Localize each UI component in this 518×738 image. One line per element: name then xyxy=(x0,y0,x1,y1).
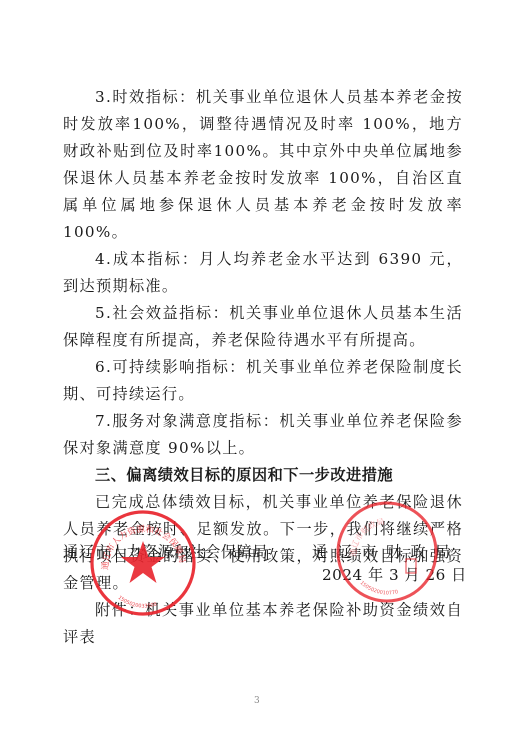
attachment-line: 附件：机关事业单位基本养老保险补助资金绩效自评表 xyxy=(63,597,463,651)
document-page: 3.时效指标：机关事业单位退休人员基本养老金按时发放率100%，调整待遇情况及时… xyxy=(0,0,518,738)
signature-date: 2024 年 3 月 26 日 xyxy=(322,564,467,585)
signature-left-org: 通辽市人力资源和社会保障局 xyxy=(63,541,268,562)
paragraph-social-benefit-indicator: 5.社会效益指标：机关事业单位退休人员基本生活保障程度有所提高，养老保险待遇水平… xyxy=(63,300,463,354)
signature-right-org: 通辽市财政局 xyxy=(312,541,460,562)
page-number: 3 xyxy=(254,696,260,706)
paragraph-sustainability-indicator: 6.可持续影响指标：机关事业单位养老保险制度长期、可持续运行。 xyxy=(63,354,463,408)
paragraph-satisfaction-indicator: 7.服务对象满意度指标：机关事业单位养老保险参保对象满意度 90%以上。 xyxy=(63,408,463,462)
section-heading: 三、偏离绩效目标的原因和下一步改进措施 xyxy=(63,462,463,489)
paragraph-timeliness-indicator: 3.时效指标：机关事业单位退休人员基本养老金按时发放率100%，调整待遇情况及时… xyxy=(63,84,463,246)
paragraph-cost-indicator: 4.成本指标：月人均养老金水平达到 6390 元，到达预期标准。 xyxy=(63,246,463,300)
